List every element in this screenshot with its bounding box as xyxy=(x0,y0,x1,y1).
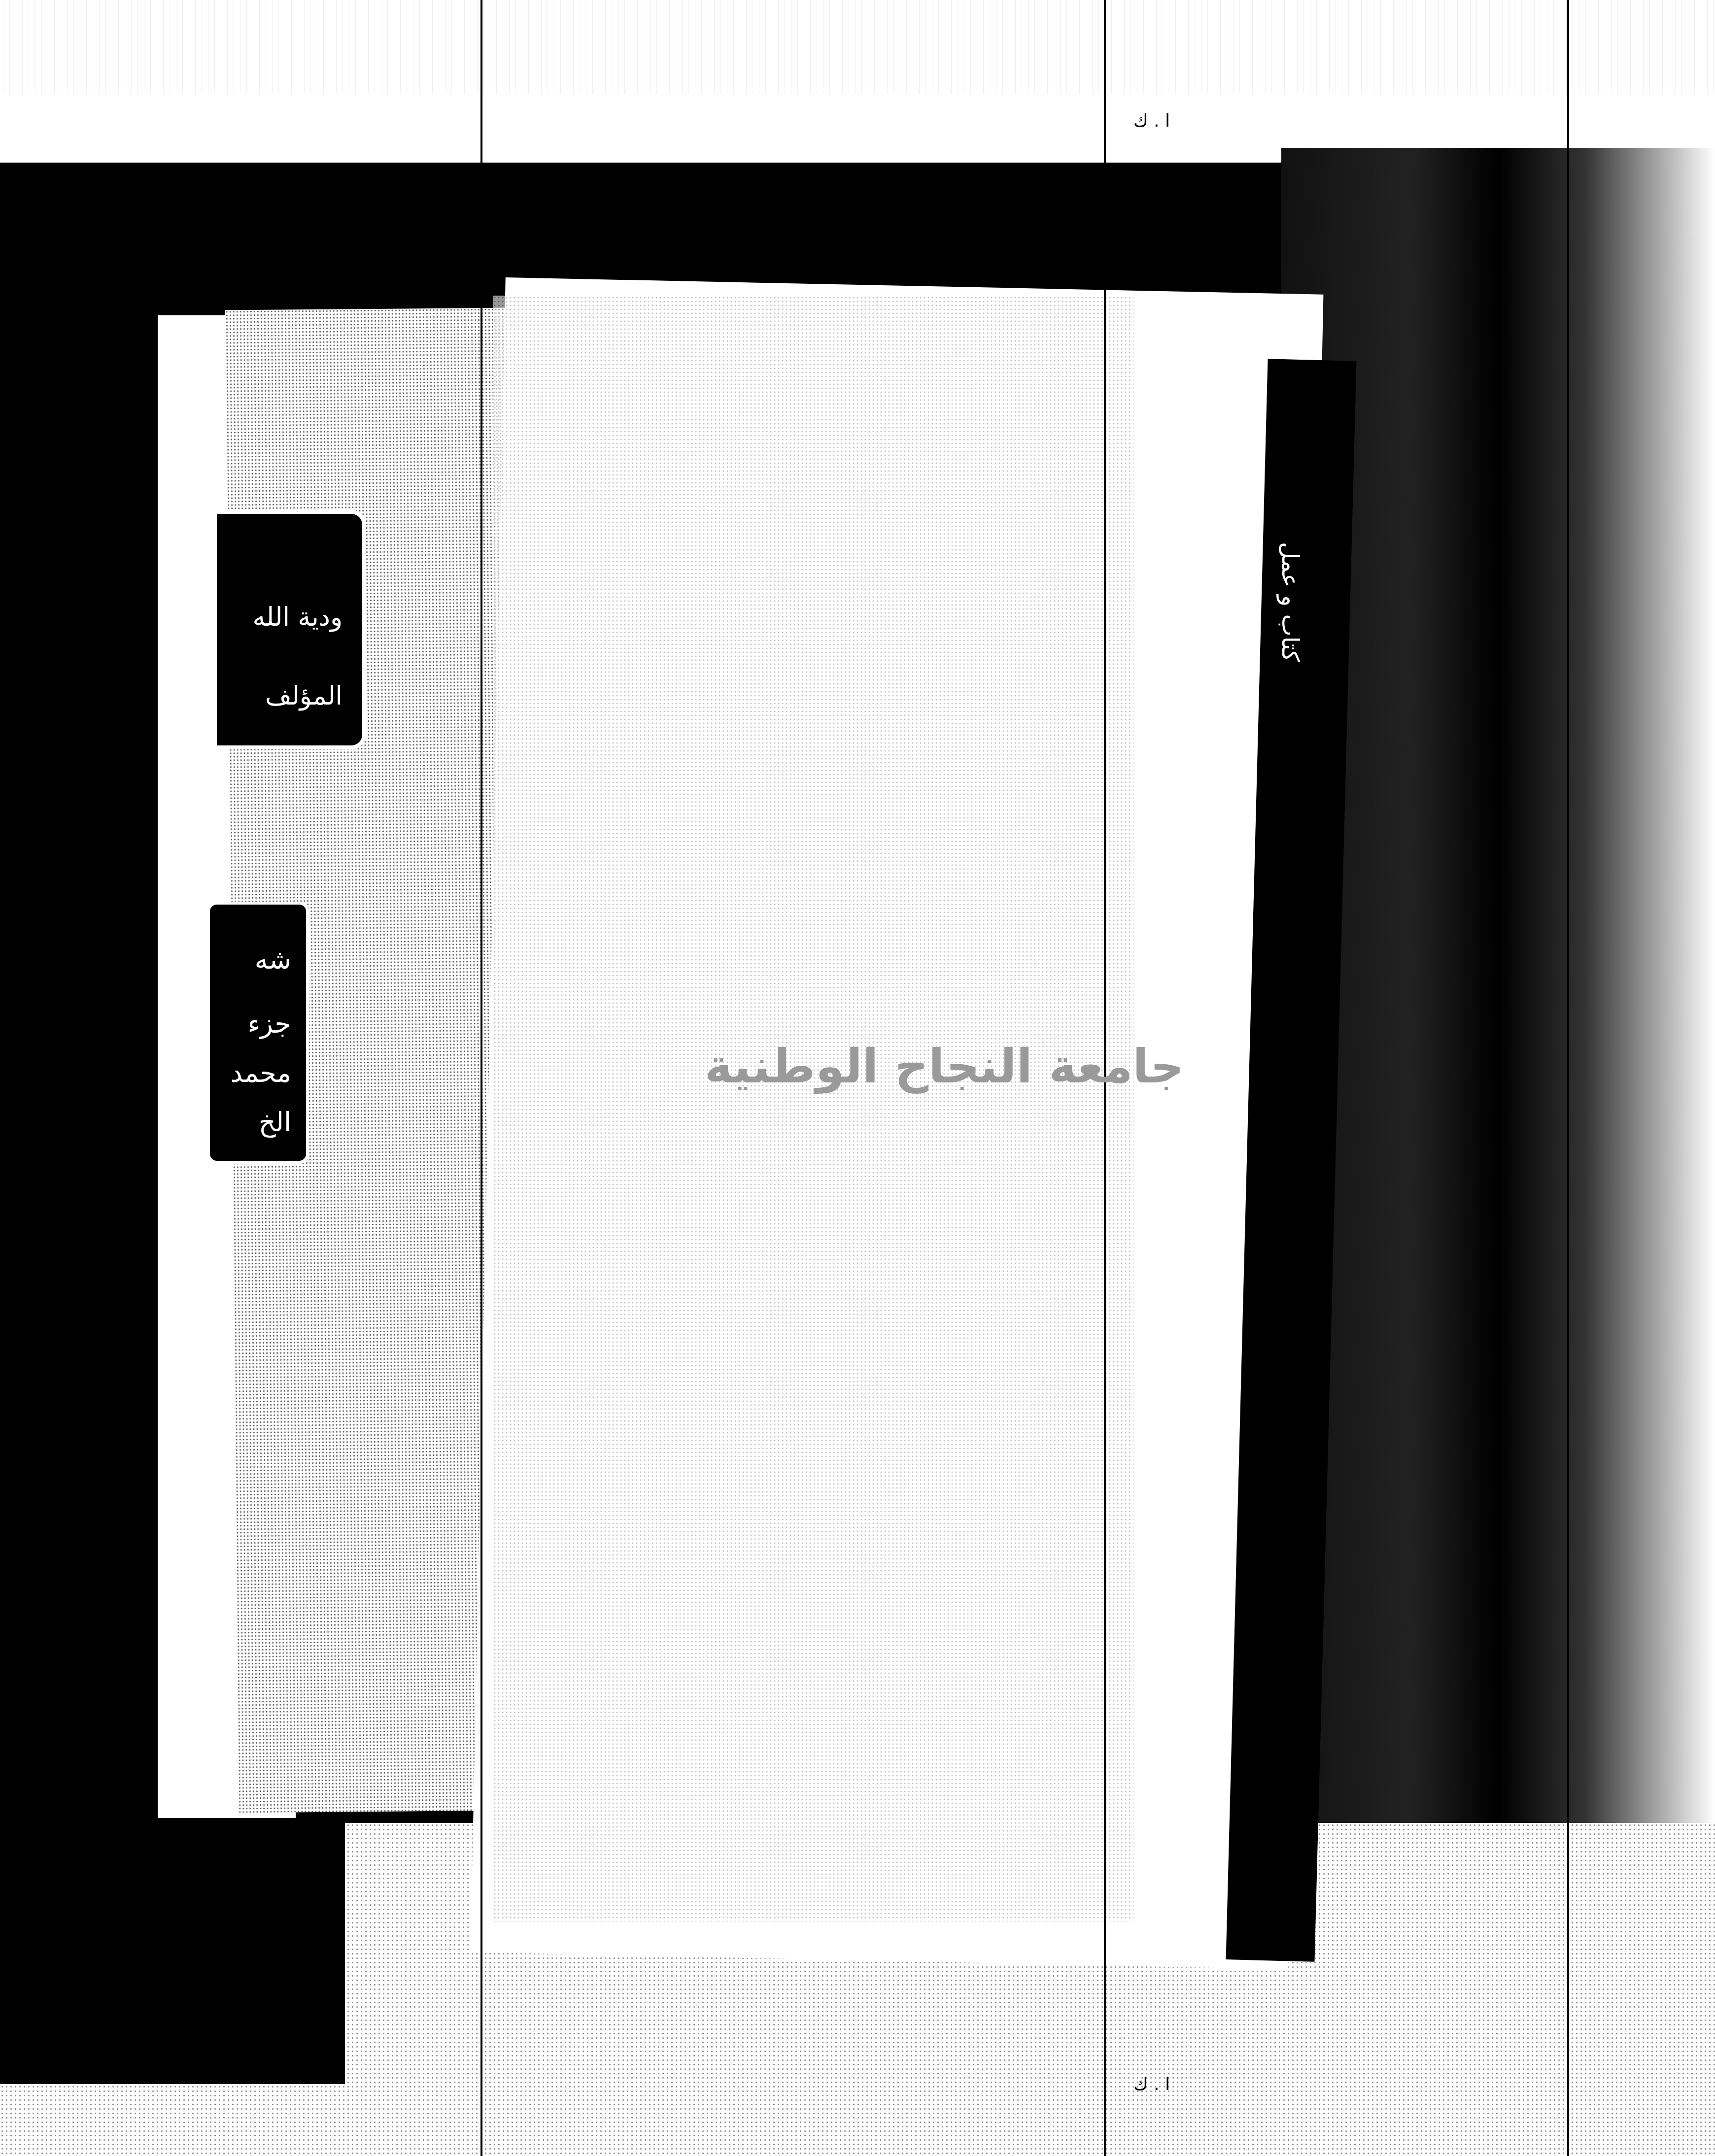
university-watermark: جامعة النجاح الوطنية xyxy=(705,1040,1184,1094)
scan-line xyxy=(1567,0,1569,2156)
cover-label-line2: المؤلف xyxy=(265,681,343,711)
title-plate-line3: محمد xyxy=(231,1057,291,1088)
cover-label-line1: ودية الله xyxy=(252,603,343,632)
top-scan-noise xyxy=(0,0,1715,94)
spine-text: كتاب و عمل xyxy=(1276,542,1304,662)
title-plate: شه جزء محمد الخ xyxy=(207,902,309,1164)
top-margin-marks: ا . ك xyxy=(1133,111,1170,131)
bottom-margin-marks: ا . ك xyxy=(1133,2074,1170,2094)
title-plate-line4: الخ xyxy=(259,1107,291,1138)
title-plate-line1: شه xyxy=(255,944,291,975)
scan-line xyxy=(480,0,482,2156)
page-texture xyxy=(493,296,1133,1921)
title-plate-line2: جزء xyxy=(247,1008,291,1039)
cover-label: ودية الله المؤلف xyxy=(217,510,366,749)
